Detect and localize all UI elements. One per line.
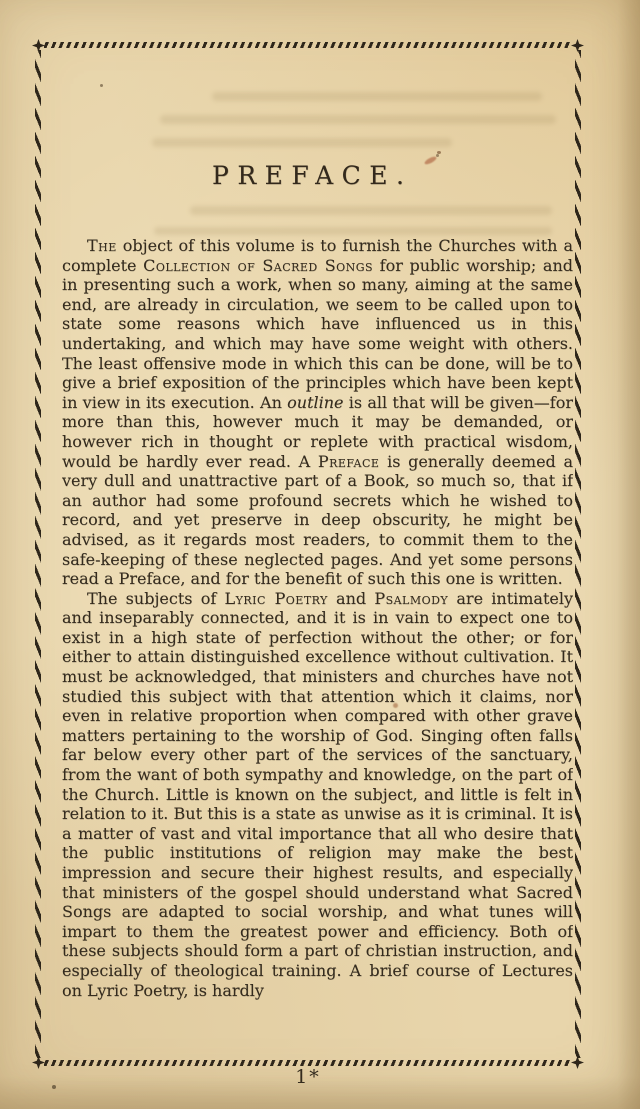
text-segment-smallcaps: The bbox=[87, 236, 117, 255]
text-segment: are intimately and inseparably connected… bbox=[62, 589, 573, 1000]
show-through-ghost bbox=[154, 227, 552, 235]
show-through-ghost bbox=[160, 115, 556, 124]
text-segment-smallcaps: Preface bbox=[318, 452, 380, 471]
text-segment: and bbox=[328, 589, 375, 608]
border-top-rule bbox=[44, 42, 572, 48]
paper-speck bbox=[437, 151, 441, 154]
paragraph: The object of this volume is to furnish … bbox=[62, 236, 573, 589]
corner-diamond-icon bbox=[571, 39, 584, 52]
paragraph: The subjects of Lyric Poetry and Psalmod… bbox=[62, 589, 573, 1000]
show-through-ghost bbox=[190, 206, 552, 215]
show-through-ghost bbox=[212, 92, 542, 101]
paper-speck bbox=[100, 84, 103, 87]
border-right-rule bbox=[575, 50, 581, 1058]
page-title: PREFACE. bbox=[38, 161, 578, 190]
text-segment-smallcaps: Collection of Sacred Songs bbox=[143, 256, 373, 275]
show-through-ghost bbox=[152, 138, 452, 147]
text-segment: The subjects of bbox=[87, 589, 225, 608]
text-segment: for public worship; and in presenting su… bbox=[62, 256, 573, 412]
text-segment: is generally deemed a very dull and unat… bbox=[62, 452, 573, 589]
book-page: PREFACE. The object of this volume is to… bbox=[0, 0, 640, 1109]
border-left-rule bbox=[35, 50, 41, 1058]
corner-diamond-icon bbox=[32, 39, 45, 52]
page-number: 1* bbox=[38, 1066, 578, 1088]
text-segment-smallcaps: Lyric Poetry bbox=[225, 589, 328, 608]
paper-speck bbox=[436, 154, 439, 157]
text-segment-smallcaps: Psalmody bbox=[374, 589, 448, 608]
text-segment-italic: outline bbox=[287, 393, 343, 412]
body-text: The object of this volume is to furnish … bbox=[62, 236, 573, 1048]
